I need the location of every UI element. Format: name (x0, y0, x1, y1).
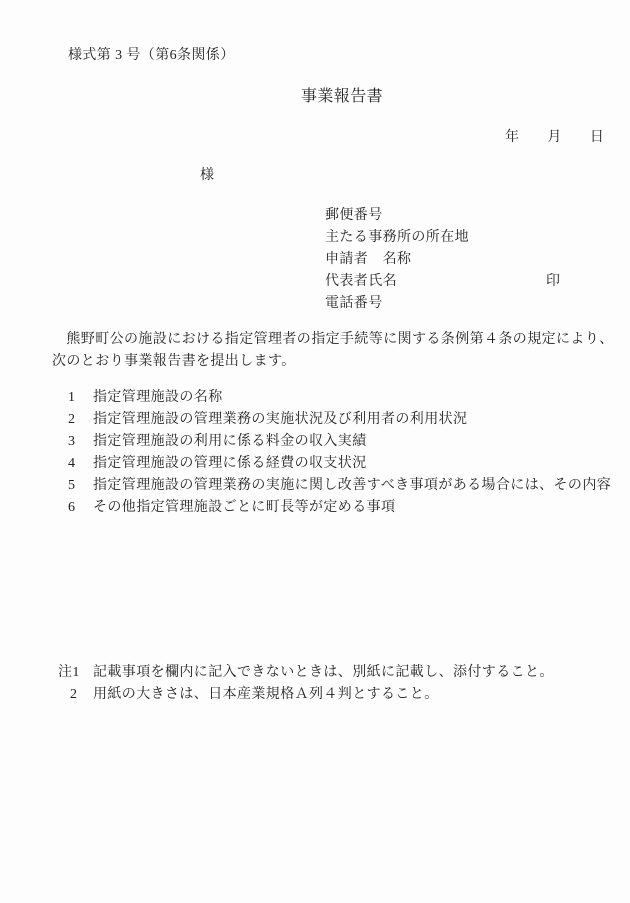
year-label: 年 (505, 131, 519, 145)
list-item-number: 2 (68, 409, 75, 431)
list-item-number: 5 (68, 475, 75, 497)
body-paragraph: 熊野町公の施設における指定管理者の指定手続等に関する条例第４条の規定により、 次… (52, 329, 614, 373)
list-item-text: 指定管理施設の管理業務の実施状況及び利用者の利用状況 (93, 409, 467, 431)
note-text: 記載事項を欄内に記入できないときは、別紙に記載し、添付すること。 (93, 662, 554, 684)
item-list: 1 指定管理施設の名称 2 指定管理施設の管理業務の実施状況及び利用者の利用状況… (68, 387, 611, 519)
note-row: 注1 記載事項を欄内に記入できないときは、別紙に記載し、添付すること。 (58, 662, 554, 684)
date-line: 年月日 (505, 131, 604, 145)
notes-block: 注1 記載事項を欄内に記入できないときは、別紙に記載し、添付すること。 2 用紙… (58, 662, 554, 706)
recipient-honorific: 様 (200, 169, 214, 183)
postal-code-label: 郵便番号 (325, 205, 469, 227)
list-item-number: 4 (68, 453, 75, 475)
note-row: 2 用紙の大きさは、日本産業規格Ａ列４判とすること。 (58, 684, 554, 706)
document-page: 様式第 3 号（第6条関係） 事業報告書 年月日 様 郵便番号 主たる事務所の所… (0, 0, 630, 903)
list-item-number: 3 (68, 431, 75, 453)
body-paragraph-line-1: 熊野町公の施設における指定管理者の指定手続等に関する条例第４条の規定により、 (52, 329, 614, 351)
list-item-text: 指定管理施設の利用に係る料金の収入実績 (93, 431, 367, 453)
list-item-number: 1 (68, 387, 75, 409)
form-number: 様式第 3 号（第6条関係） (68, 49, 235, 63)
representative-name-label: 代表者氏名 (325, 274, 397, 289)
day-label: 日 (590, 131, 604, 145)
note-label: 注1 (58, 662, 80, 684)
representative-line: 代表者氏名 印 (325, 271, 469, 293)
list-item: 3 指定管理施設の利用に係る料金の収入実績 (68, 431, 611, 453)
list-item-text: 指定管理施設の管理に係る経費の収支状況 (93, 453, 367, 475)
list-item-text: 指定管理施設の名称 (93, 387, 223, 409)
applicant-name-label: 申請者 名称 (325, 249, 469, 271)
document-title: 事業報告書 (301, 89, 383, 105)
applicant-block: 郵便番号 主たる事務所の所在地 申請者 名称 代表者氏名 印 電話番号 (325, 205, 469, 315)
note-label: 2 (70, 684, 77, 706)
list-item: 4 指定管理施設の管理に係る経費の収支状況 (68, 453, 611, 475)
note-text: 用紙の大きさは、日本産業規格Ａ列４判とすること。 (93, 684, 439, 706)
list-item-text: その他指定管理施設ごとに町長等が定める事項 (93, 497, 395, 519)
list-item: 2 指定管理施設の管理業務の実施状況及び利用者の利用状況 (68, 409, 611, 431)
list-item-text: 指定管理施設の管理業務の実施に関し改善すべき事項がある場合には、その内容 (93, 475, 611, 497)
office-address-label: 主たる事務所の所在地 (325, 227, 469, 249)
phone-number-label: 電話番号 (325, 293, 469, 315)
seal-mark: 印 (546, 271, 560, 293)
list-item-number: 6 (68, 497, 75, 519)
list-item: 6 その他指定管理施設ごとに町長等が定める事項 (68, 497, 611, 519)
list-item: 5 指定管理施設の管理業務の実施に関し改善すべき事項がある場合には、その内容 (68, 475, 611, 497)
month-label: 月 (547, 131, 561, 145)
body-paragraph-line-2: 次のとおり事業報告書を提出します。 (52, 351, 614, 373)
list-item: 1 指定管理施設の名称 (68, 387, 611, 409)
